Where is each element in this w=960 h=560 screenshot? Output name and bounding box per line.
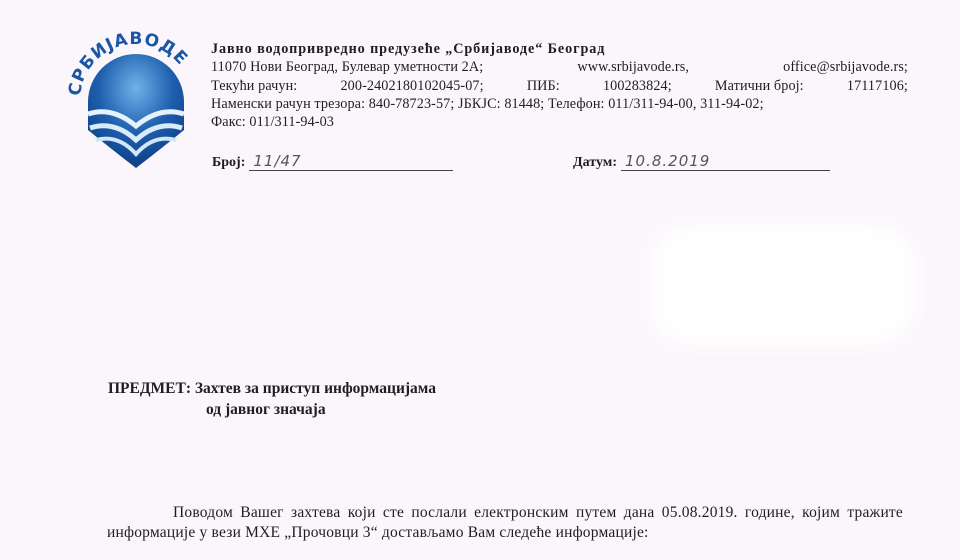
srbijavode-logo: СРБИЈАВОДЕ [66, 30, 206, 170]
subject-line-2: од јавног значаја [108, 399, 436, 420]
account-line: Текући рачун: 200-2402180102045-07; ПИБ:… [211, 77, 908, 95]
subject-label: ПРЕДМЕТ: [108, 380, 191, 397]
redacted-area [650, 225, 915, 345]
registry-number: 17117106; [847, 77, 908, 95]
date-label: Датум: [573, 155, 617, 171]
subject-line-1: Захтев за приступ информацијама [195, 380, 436, 397]
fax-line: Факс: 011/311-94-03 [211, 113, 908, 131]
organization-name: Јавно водопривредно предузеће „Србијавод… [211, 40, 908, 58]
address: 11070 Нови Београд, Булевар уметности 2А… [211, 58, 483, 76]
treasury-line: Наменски рачун трезора: 840-78723-57; ЈБ… [211, 95, 908, 113]
date-field: Датум: 10.8.2019 [573, 152, 830, 171]
number-field: Број: 11/47 [212, 152, 453, 171]
subject: ПРЕДМЕТ: Захтев за приступ информацијама… [108, 378, 436, 420]
pib-label: ПИБ: [527, 77, 560, 95]
pib: 100283824; [603, 77, 672, 95]
date-value: 10.8.2019 [621, 152, 830, 171]
registry-label: Матични број: [715, 77, 804, 95]
website-link[interactable]: www.srbijavode.rs, [577, 58, 689, 76]
water-waves-icon: СРБИЈАВОДЕ [66, 30, 206, 170]
address-line: 11070 Нови Београд, Булевар уметности 2А… [211, 58, 908, 76]
current-account-label: Текући рачун: [211, 77, 297, 95]
number-value: 11/47 [249, 152, 453, 171]
current-account: 200-2402180102045-07; [340, 77, 483, 95]
body-paragraph: Поводом Вашег захтева који сте послали е… [107, 503, 903, 543]
letterhead: Јавно водопривредно предузеће „Србијавод… [211, 40, 911, 131]
email-link[interactable]: office@srbijavode.rs; [783, 58, 908, 76]
number-label: Број: [212, 155, 245, 171]
